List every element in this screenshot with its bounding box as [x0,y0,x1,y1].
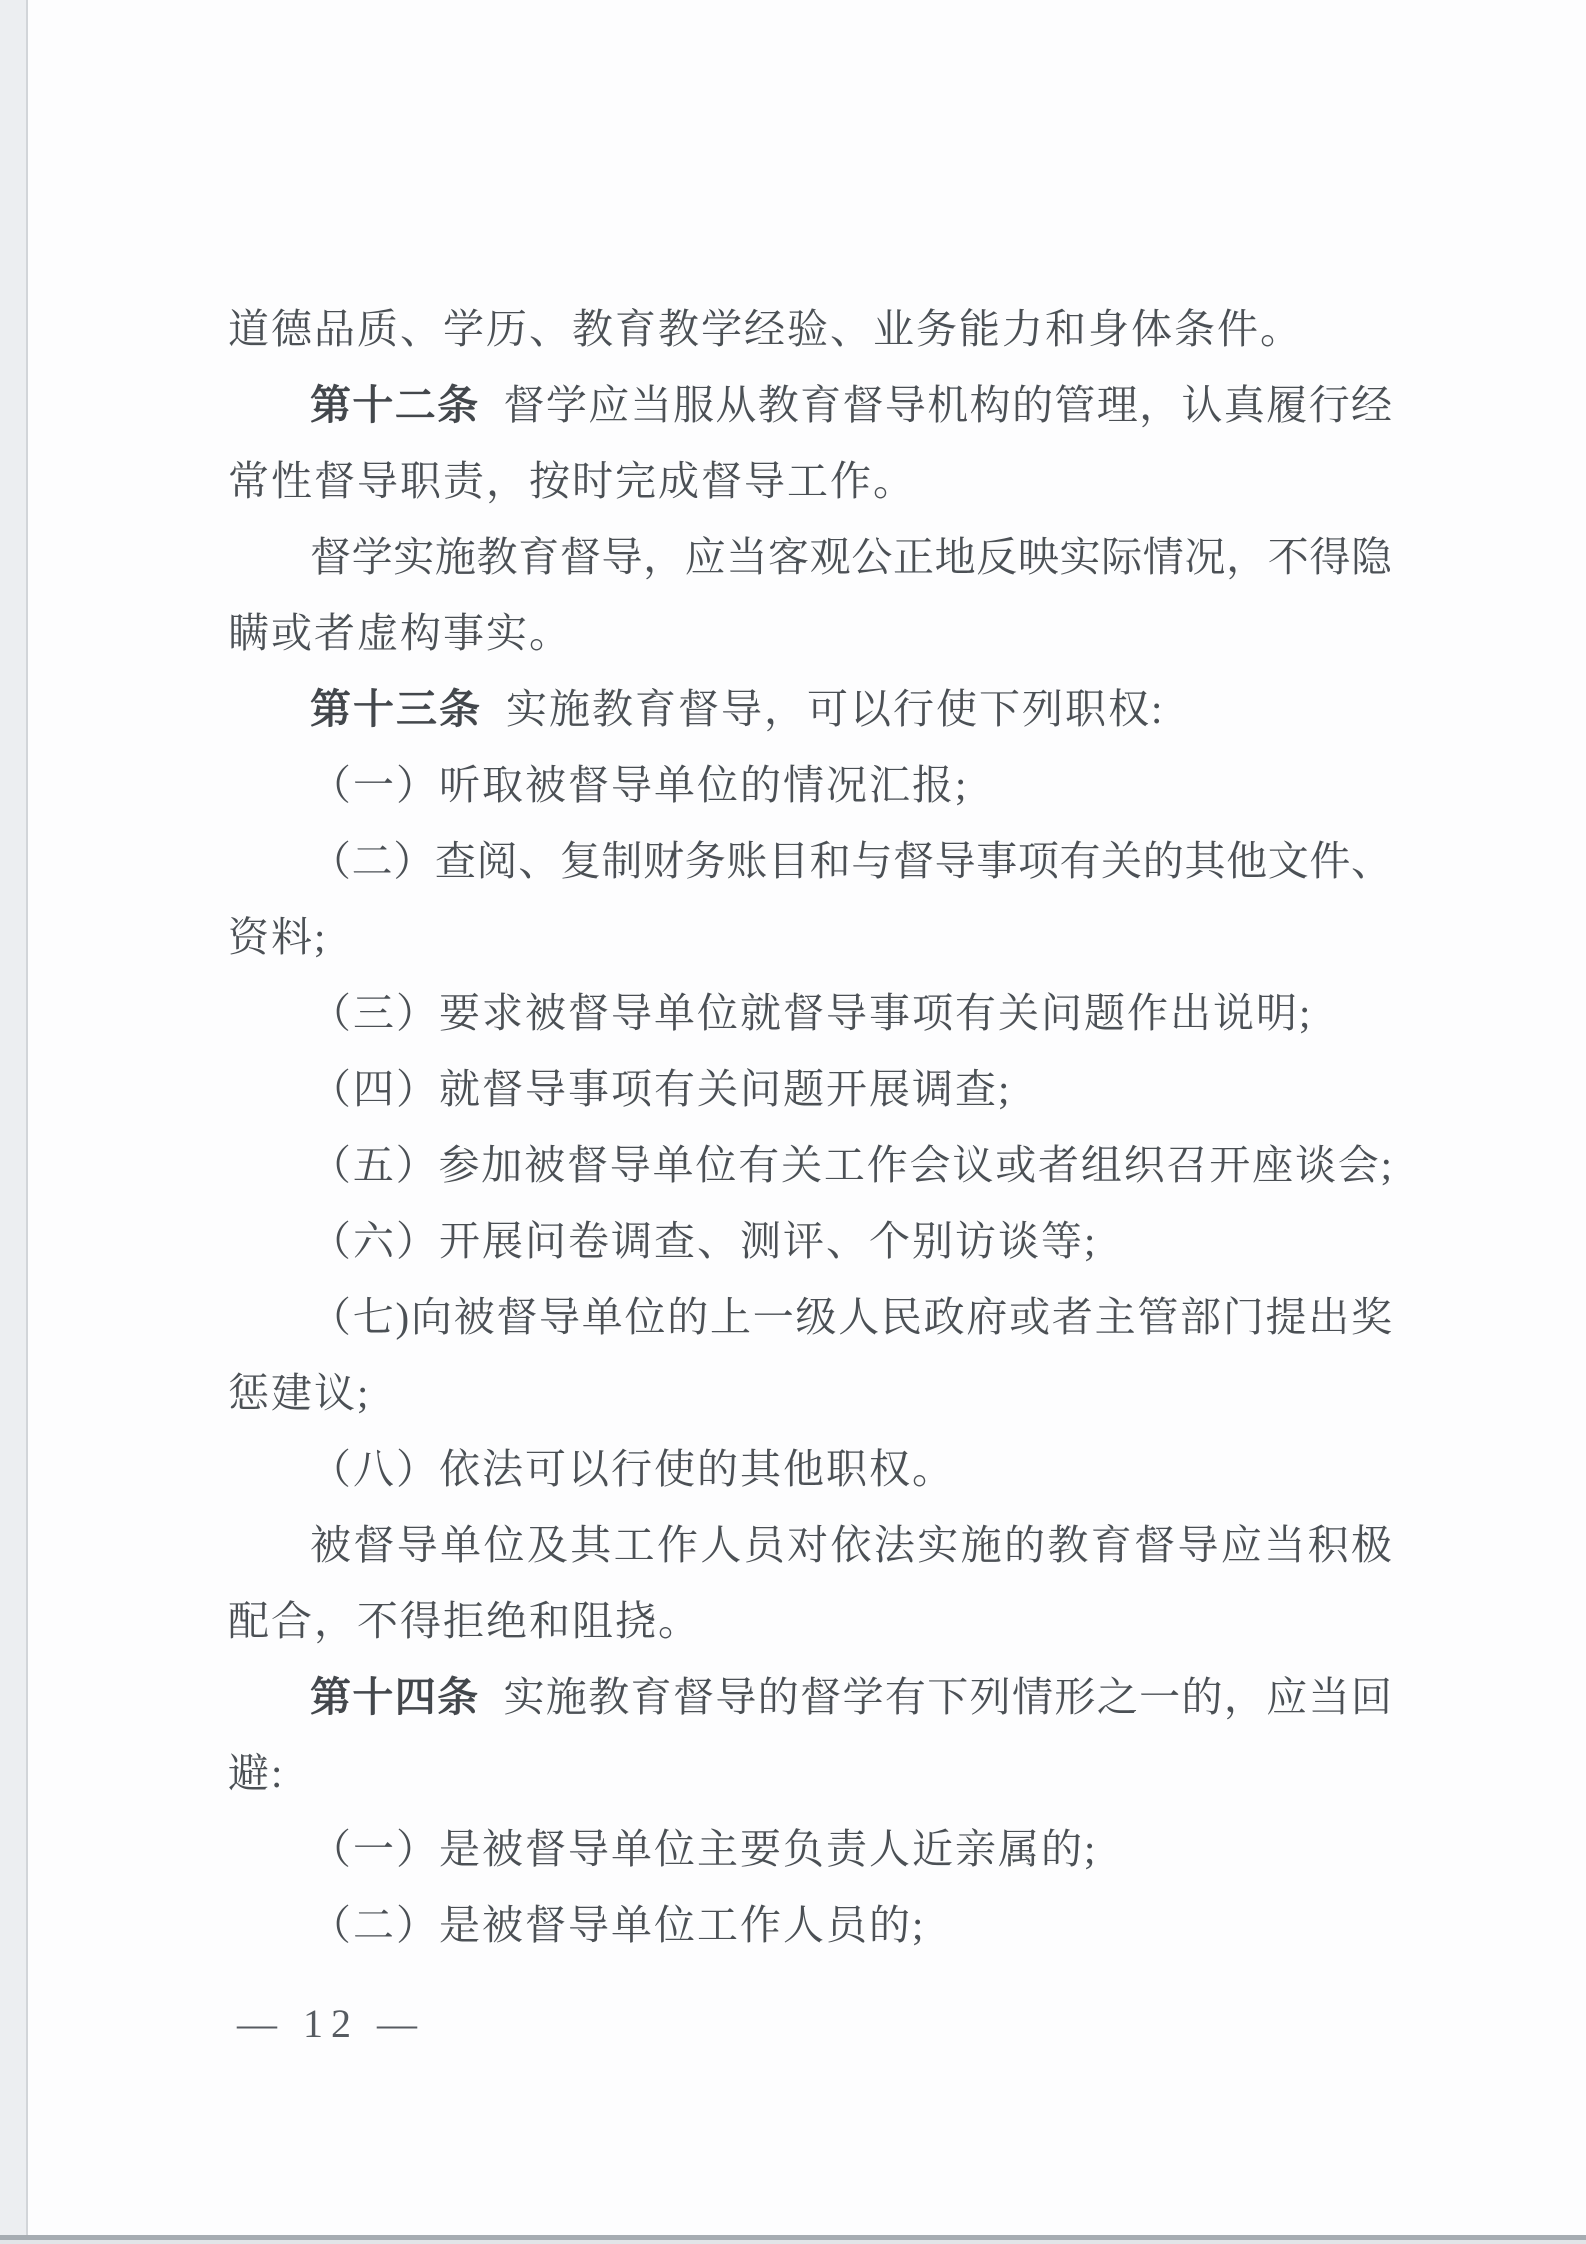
line-text: 常性督导职责，按时完成督导工作。 [228,458,916,504]
line-text: （七)向被督导单位的上一级人民政府或者主管部门提出奖 [310,1294,1392,1340]
text-line: （七)向被督导单位的上一级人民政府或者主管部门提出奖 [228,1279,1392,1355]
text-line: 惩建议; [228,1355,1392,1431]
line-text: 道德品质、学历、教育教学经验、业务能力和身体条件。 [228,306,1303,352]
line-text: 督学实施教育督导，应当客观公正地反映实际情况，不得隐 [310,534,1392,580]
line-text: 实施教育督导，可以行使下列职权: [506,686,1164,732]
text-line: 避: [228,1735,1392,1811]
line-text: （三）要求被督导单位就督导事项有关问题作出说明; [310,990,1312,1036]
text-line: （八）依法可以行使的其他职权。 [228,1431,1392,1507]
text-line: （二）是被督导单位工作人员的; [228,1887,1392,1963]
text-line: （六）开展问卷调查、测评、个别访谈等; [228,1203,1392,1279]
line-text: 资料; [228,914,327,960]
text-line: 第十四条实施教育督导的督学有下列情形之一的，应当回 [228,1659,1392,1735]
line-text: （二）是被督导单位工作人员的; [310,1902,925,1948]
text-line: 第十二条督学应当服从教育督导机构的管理，认真履行经 [228,367,1392,443]
text-line: 配合，不得拒绝和阻挠。 [228,1583,1392,1659]
line-text: 瞒或者虚构事实。 [228,610,572,656]
article-number: 第十二条 [310,382,480,428]
text-line: 资料; [228,899,1392,975]
line-text: （一）听取被督导单位的情况汇报; [310,762,968,808]
line-text: （一）是被督导单位主要负责人近亲属的; [310,1826,1097,1872]
text-line: （五）参加被督导单位有关工作会议或者组织召开座谈会; [228,1127,1392,1203]
text-line: （一）是被督导单位主要负责人近亲属的; [228,1811,1392,1887]
line-text: 被督导单位及其工作人员对依法实施的教育督导应当积极 [310,1522,1392,1568]
line-text: （六）开展问卷调查、测评、个别访谈等; [310,1218,1097,1264]
document-body: 道德品质、学历、教育教学经验、业务能力和身体条件。第十二条督学应当服从教育督导机… [228,291,1392,1963]
article-number: 第十四条 [310,1674,480,1720]
line-text: 配合，不得拒绝和阻挠。 [228,1598,701,1644]
scan-edge-bottom-highlight [0,2240,1586,2244]
text-line: （二）查阅、复制财务账目和与督导事项有关的其他文件、 [228,823,1392,899]
scan-edge-left [0,0,28,2244]
line-text: （五）参加被督导单位有关工作会议或者组织召开座谈会; [310,1142,1392,1188]
line-text: 实施教育督导的督学有下列情形之一的，应当回 [504,1674,1393,1720]
text-line: 道德品质、学历、教育教学经验、业务能力和身体条件。 [228,291,1392,367]
text-line: 督学实施教育督导，应当客观公正地反映实际情况，不得隐 [228,519,1392,595]
line-text: （八）依法可以行使的其他职权。 [310,1446,955,1492]
line-text: （二）查阅、复制财务账目和与督导事项有关的其他文件、 [310,838,1392,884]
text-line: 常性督导职责，按时完成督导工作。 [228,443,1392,519]
text-line: （一）听取被督导单位的情况汇报; [228,747,1392,823]
text-line: （三）要求被督导单位就督导事项有关问题作出说明; [228,975,1392,1051]
line-text: 督学应当服从教育督导机构的管理，认真履行经 [504,382,1393,428]
text-line: 第十三条实施教育督导，可以行使下列职权: [228,671,1392,747]
line-text: （四）就督导事项有关问题开展调查; [310,1066,1011,1112]
text-line: （四）就督导事项有关问题开展调查; [228,1051,1392,1127]
text-line: 瞒或者虚构事实。 [228,595,1392,671]
line-text: 避: [228,1750,284,1796]
text-line: 被督导单位及其工作人员对依法实施的教育督导应当积极 [228,1507,1392,1583]
page-number: — 12 — [237,2000,425,2048]
line-text: 惩建议; [228,1370,370,1416]
scanned-document-page: { "theme": { "paper_color": "#fdfdfe", "… [0,0,1586,2244]
article-number: 第十三条 [310,686,482,732]
